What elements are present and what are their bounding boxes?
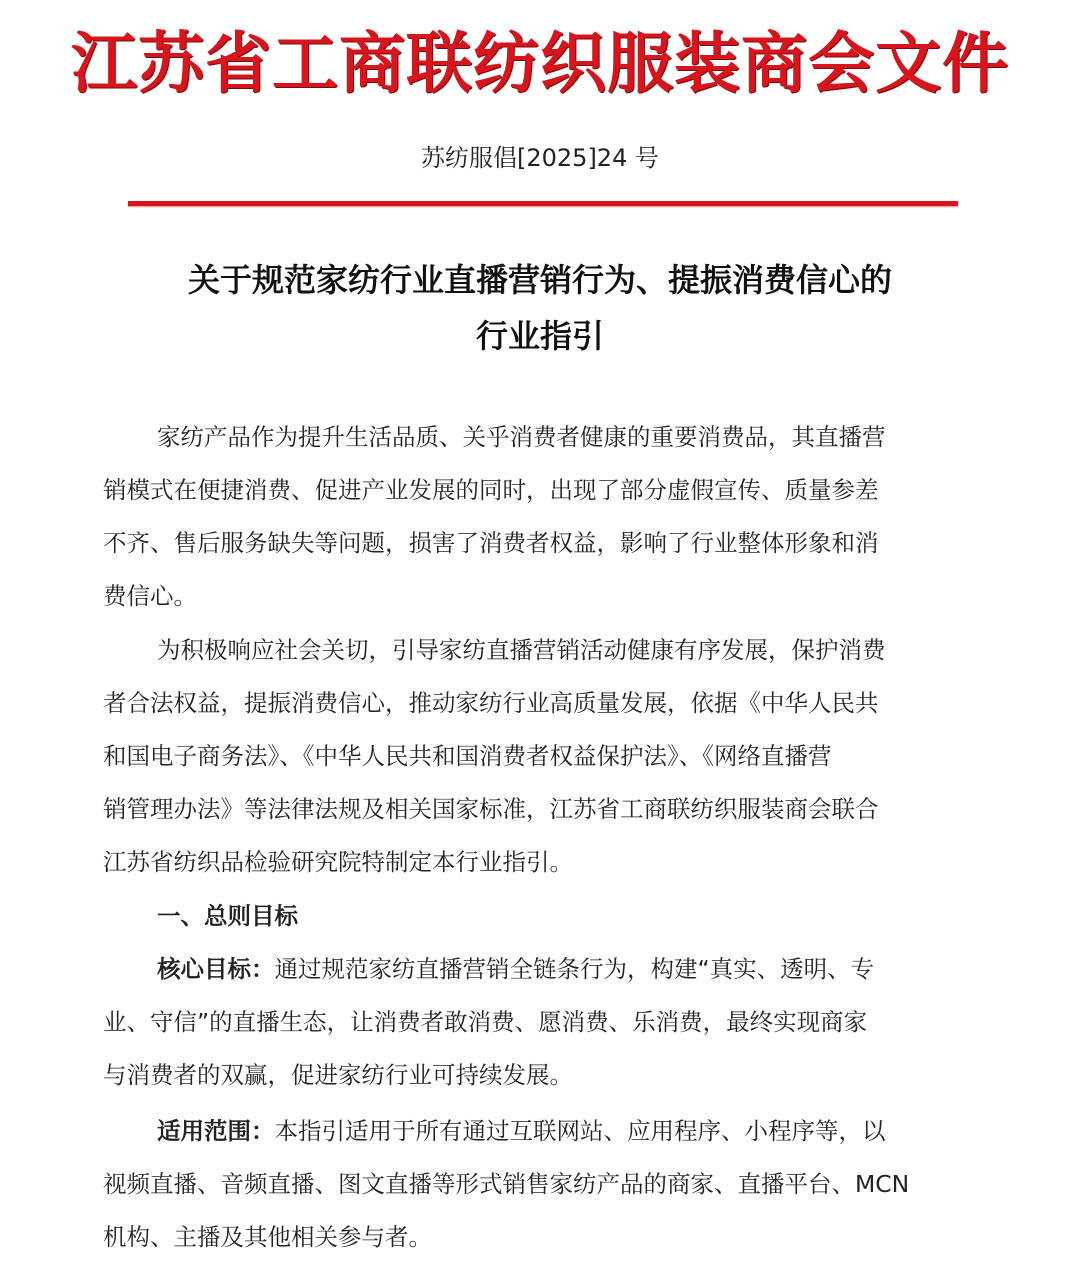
paragraph-line: 销模式在便捷消费、促进产业发展的同时，出现了部分虚假宣传、质量参差 — [103, 464, 993, 517]
paragraph-line: 费信心。 — [103, 570, 993, 623]
paragraph-line: 者合法权益，提振消费信心，推动家纺行业高质量发展，依据《中华人民共 — [103, 677, 993, 730]
paragraph-line: 和国电子商务法》、《中华人民共和国消费者权益保护法》、《网络直播营 — [103, 730, 993, 783]
paragraph-line: 为积极响应社会关切，引导家纺直播营销活动健康有序发展，保护消费 — [103, 624, 993, 677]
scope-line: 视频直播、音频直播、图文直播等形式销售家纺产品的商家、直播平台、MCN — [103, 1158, 993, 1211]
core-goal-text: 通过规范家纺直播营销全链条行为，构建“真实、透明、专 — [275, 955, 875, 983]
document-title-line: 行业指引 — [0, 308, 1080, 364]
section-scope: 适用范围：本指引适用于所有通过互联网站、应用程序、小程序等，以 视频直播、音频直… — [103, 1105, 993, 1264]
paragraph-line: 不齐、售后服务缺失等问题，损害了消费者权益，影响了行业整体形象和消 — [103, 517, 993, 570]
core-goal-line: 业、守信”的直播生态，让消费者敢消费、愿消费、乐消费，最终实现商家 — [103, 996, 993, 1049]
paragraph-purpose: 为积极响应社会关切，引导家纺直播营销活动健康有序发展，保护消费 者合法权益，提振… — [103, 624, 993, 889]
paragraph-line: 家纺产品作为提升生活品质、关乎消费者健康的重要消费品，其直播营 — [103, 411, 993, 464]
section-general-goals: 一、总则目标 核心目标：通过规范家纺直播营销全链条行为，构建“真实、透明、专 业… — [103, 890, 993, 1102]
core-goal-label: 核心目标： — [157, 955, 275, 983]
section-heading: 一、总则目标 — [103, 890, 993, 943]
core-goal-line: 核心目标：通过规范家纺直播营销全链条行为，构建“真实、透明、专 — [103, 943, 993, 996]
core-goal-line: 与消费者的双赢，促进家纺行业可持续发展。 — [103, 1049, 993, 1102]
paragraph-line: 销管理办法》等法律法规及相关国家标准，江苏省工商联纺织服装商会联合 — [103, 783, 993, 836]
paragraph-background: 家纺产品作为提升生活品质、关乎消费者健康的重要消费品，其直播营 销模式在便捷消费… — [103, 411, 993, 623]
scope-line: 机构、主播及其他相关参与者。 — [103, 1211, 993, 1264]
document-title-line: 关于规范家纺行业直播营销行为、提振消费信心的 — [0, 252, 1080, 308]
scope-label: 适用范围： — [157, 1117, 275, 1145]
paragraph-line: 江苏省纺织品检验研究院特制定本行业指引。 — [103, 836, 993, 889]
scope-text: 本指引适用于所有通过互联网站、应用程序、小程序等，以 — [275, 1117, 886, 1145]
scope-line: 适用范围：本指引适用于所有通过互联网站、应用程序、小程序等，以 — [103, 1105, 993, 1158]
document-title: 关于规范家纺行业直播营销行为、提振消费信心的 行业指引 — [0, 252, 1080, 364]
org-header-title: 江苏省工商联纺织服装商会文件 — [0, 18, 1080, 108]
document-number: 苏纺服倡[2025]24 号 — [0, 140, 1080, 176]
red-divider-line — [128, 201, 958, 206]
